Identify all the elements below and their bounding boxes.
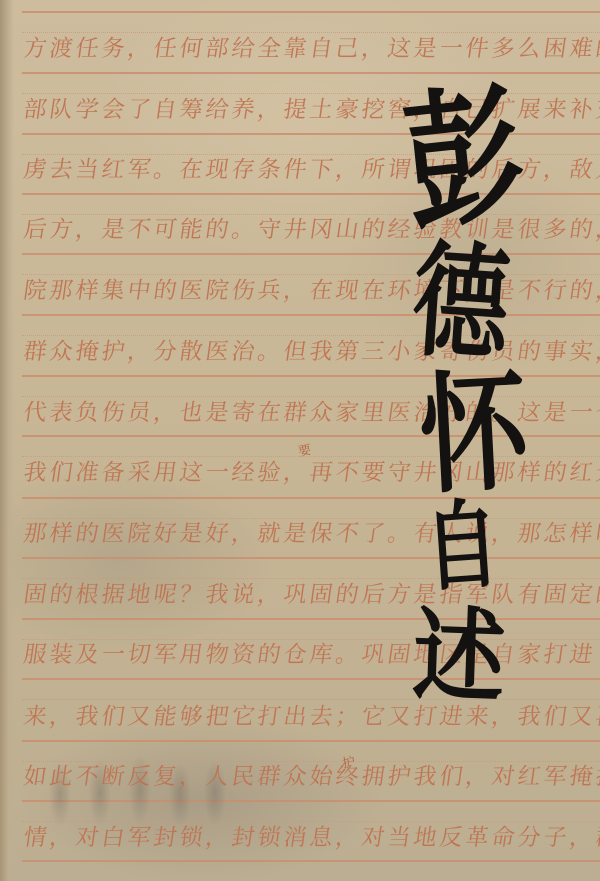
title-char: 自 [422, 496, 503, 597]
book-title: 彭 德 怀 自 述 [405, 100, 555, 720]
manuscript-annotation: 要 [296, 439, 312, 460]
manuscript-annotation: 护 [340, 751, 356, 772]
title-char: 怀 [417, 366, 532, 501]
manuscript-row: 方渡任务，任何部给全靠自己，这是一件多么困难的事，现在我们 [22, 30, 600, 63]
ruled-line [22, 860, 600, 862]
manuscript-row: 情，对白军封锁，封锁消息，对当地反革命分子，群众自动看押，若 [22, 819, 600, 852]
ruled-line [22, 11, 600, 13]
book-cover: 方渡任务，任何部给全靠自己，这是一件多么困难的事，现在我们 部队学会了自筹给养，… [0, 0, 600, 881]
manuscript-row: 如此不断反复，人民群众始终拥护我们，对红军掩护，供给粮 [22, 758, 600, 791]
title-char: 述 [411, 604, 506, 708]
title-char: 彭 [398, 79, 531, 238]
cover-worn-edge [0, 0, 14, 881]
title-char: 德 [409, 237, 513, 368]
